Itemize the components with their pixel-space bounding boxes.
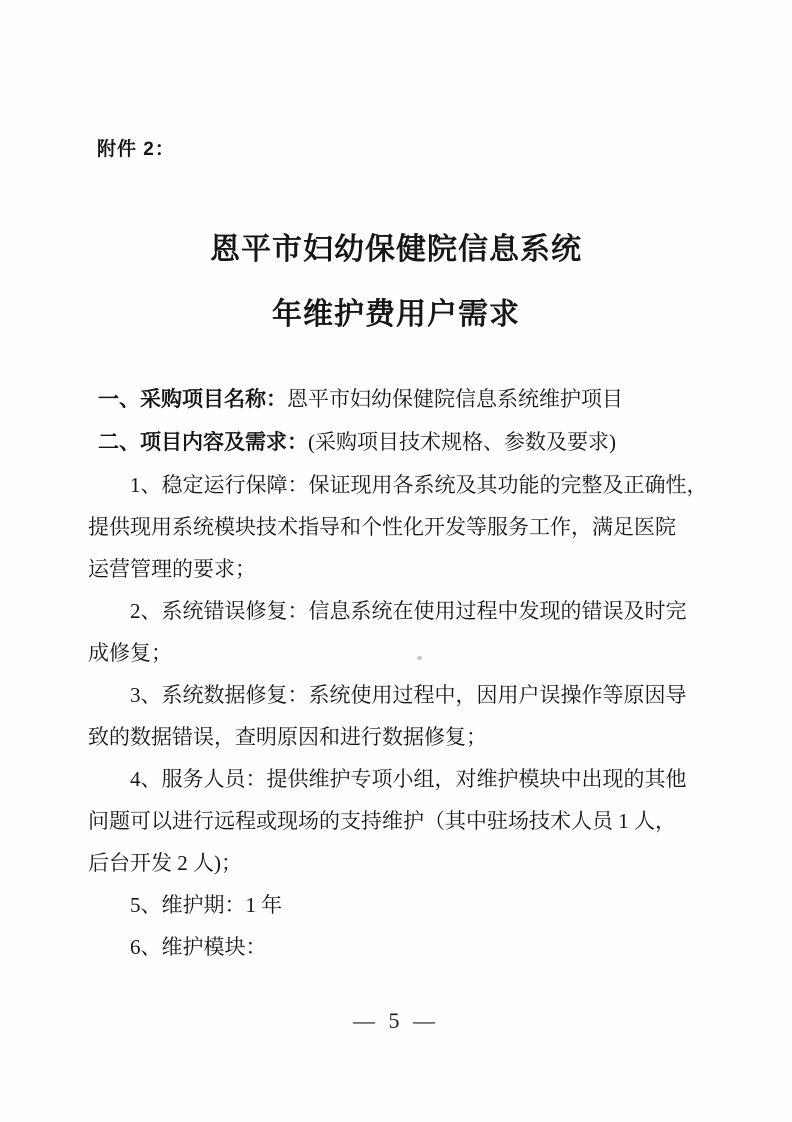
paragraph-maintenance-period: 5、维护期：1 年: [88, 884, 708, 926]
document-body: 一、采购项目名称：恩平市妇幼保健院信息系统维护项目 二、项目内容及需求：(采购项…: [88, 378, 708, 968]
section-heading-procurement-name-text: 恩平市妇幼保健院信息系统维护项目: [287, 387, 623, 411]
section-heading-procurement-name-label: 一、采购项目名称：: [98, 388, 287, 411]
paragraph-maintenance-modules: 6、维护模块：: [88, 926, 708, 968]
paragraph-service-staff: 4、服务人员：提供维护专项小组，对维护模块中出现的其他 问题可以进行远程或现场的…: [88, 758, 708, 884]
section-heading-project-content: 二、项目内容及需求：(采购项目技术规格、参数及要求): [88, 421, 708, 464]
section-heading-project-content-label: 二、项目内容及需求：: [98, 431, 308, 454]
page-number: — 5 —: [0, 1008, 792, 1034]
paragraph-error-repair: 2、系统错误修复：信息系统在使用过程中发现的错误及时完 成修复；: [88, 590, 708, 674]
paragraph-data-repair: 3、系统数据修复：系统使用过程中，因用户误操作等原因导 致的数据错误，查明原因和…: [88, 674, 708, 758]
document-title-line1: 恩平市妇幼保健院信息系统: [0, 233, 792, 267]
scan-artifact-speck: [417, 656, 422, 660]
document-title-line2: 年维护费用户需求: [0, 298, 792, 332]
document-page: 附件 2： 恩平市妇幼保健院信息系统 年维护费用户需求 一、采购项目名称：恩平市…: [0, 0, 792, 1122]
paragraph-stable-operation: 1、稳定运行保障：保证现用各系统及其功能的完整及正确性， 提供现用系统模块技术指…: [88, 464, 708, 590]
section-heading-procurement-name: 一、采购项目名称：恩平市妇幼保健院信息系统维护项目: [88, 378, 708, 421]
attachment-label: 附件 2：: [0, 0, 792, 161]
section-heading-project-content-text: (采购项目技术规格、参数及要求): [308, 430, 616, 454]
